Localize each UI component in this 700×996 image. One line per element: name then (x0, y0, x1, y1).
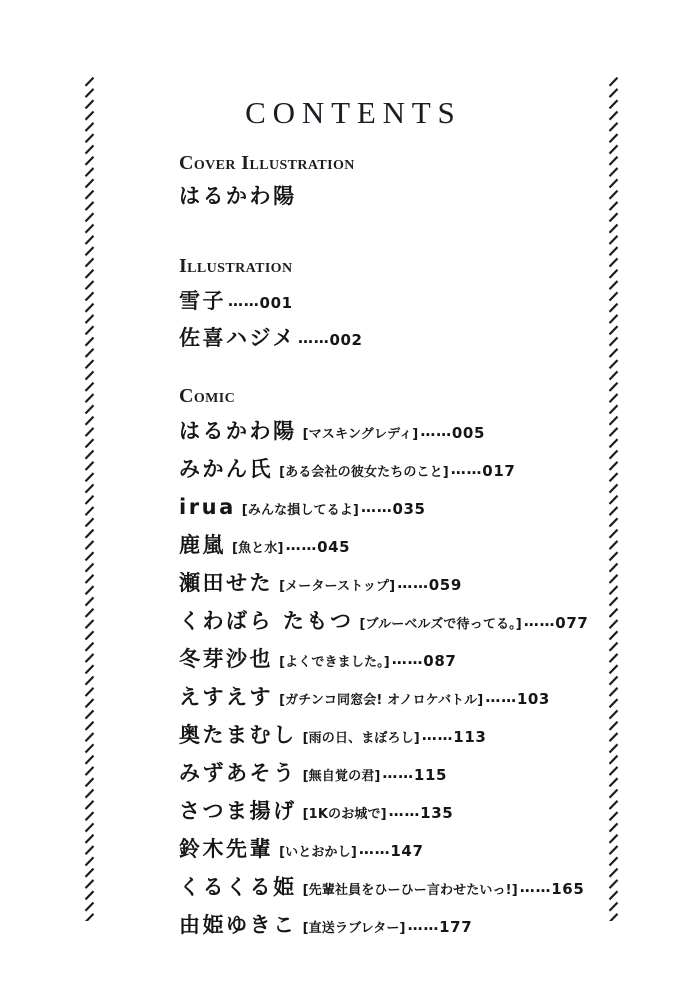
work-title: [みんな損してるよ] (242, 503, 359, 518)
artist-name: さつま揚げ (179, 799, 297, 823)
leader-dots: …… (298, 329, 330, 347)
artist-name: 鈴木先輩 (179, 837, 273, 861)
leader-dots: …… (408, 916, 440, 934)
comic-item: 鹿嵐[魚と水]……045 (179, 528, 610, 566)
artist-name: 奥たまむし (179, 723, 297, 747)
hatch-border-left-icon (83, 76, 97, 921)
work-title: [雨の日、まぼろし] (303, 731, 420, 746)
artist-name: irua (179, 495, 236, 519)
section-cover-illustration: Cover Illustration はるかわ陽 (179, 151, 610, 211)
artist-name: 鹿嵐 (179, 533, 226, 557)
cover-artist-row: はるかわ陽 (179, 183, 610, 211)
page-number: 165 (551, 880, 584, 898)
comic-item: えすえす[ガチンコ同窓会! オノロケバトル]……103 (179, 680, 610, 718)
comic-item: さつま揚げ[1Kのお城で]……135 (179, 794, 610, 832)
comic-item: 奥たまむし[雨の日、まぼろし]……113 (179, 718, 610, 756)
page-number: 147 (390, 842, 423, 860)
artist-name: くわばら たもつ (179, 609, 353, 633)
work-title: [直送ラブレター] (303, 921, 406, 936)
page-number: 035 (392, 500, 425, 518)
comic-item: くるくる姫[先輩社員をひーひー言わせたいっ!]……165 (179, 870, 610, 908)
page-title: CONTENTS (0, 0, 700, 129)
cover-artist-name: はるかわ陽 (179, 184, 297, 208)
page-number: 005 (452, 424, 485, 442)
leader-dots: …… (382, 764, 414, 782)
page-number: 087 (423, 652, 456, 670)
hatch-border-right-icon (607, 76, 621, 921)
work-title: [ある会社の彼女たちのこと] (279, 465, 449, 480)
illustration-item: 佐喜ハジメ……002 (179, 321, 610, 358)
leader-dots: …… (286, 536, 318, 554)
section-comic: Comic はるかわ陽[マスキングレディ]……005 みかん氏[ある会社の彼女た… (179, 384, 610, 946)
comic-item: みずあそう[無自覚の君]……115 (179, 756, 610, 794)
comic-heading: Comic (179, 384, 610, 408)
page-number: 177 (439, 918, 472, 936)
page-number: 059 (429, 576, 462, 594)
artist-name: 雪子 (179, 289, 226, 313)
leader-dots: …… (392, 650, 424, 668)
work-title: [よくできました。] (279, 655, 390, 670)
comic-item: みかん氏[ある会社の彼女たちのこと]……017 (179, 452, 610, 490)
work-title: [無自覚の君] (303, 769, 381, 784)
section-illustration: Illustration 雪子……001 佐喜ハジメ……002 (179, 254, 610, 358)
comic-item: はるかわ陽[マスキングレディ]……005 (179, 414, 610, 452)
work-title: [マスキングレディ] (303, 427, 419, 442)
toc-page: CONTENTS Cover Illustration はるかわ陽 Illust… (0, 0, 700, 946)
page-number: 115 (414, 766, 447, 784)
page-number: 045 (317, 538, 350, 556)
work-title: [ブルーベルズで待ってる。] (359, 617, 521, 632)
work-title: [1Kのお城で] (303, 807, 387, 822)
leader-dots: …… (361, 498, 393, 516)
artist-name: えすえす (179, 685, 273, 709)
comic-item: 瀬田せた[メーターストップ]……059 (179, 566, 610, 604)
work-title: [先輩社員をひーひー言わせたいっ!] (303, 883, 518, 898)
comic-item: 鈴木先輩[いとおかし]……147 (179, 832, 610, 870)
artist-name: はるかわ陽 (179, 419, 297, 443)
artist-name: 瀬田せた (179, 571, 273, 595)
page-number: 001 (260, 294, 293, 312)
artist-name: みずあそう (179, 761, 297, 785)
artist-name: くるくる姫 (179, 875, 297, 899)
leader-dots: …… (420, 422, 452, 440)
page-number: 002 (329, 331, 362, 349)
illustration-heading: Illustration (179, 254, 610, 278)
page-number: 135 (420, 804, 453, 822)
leader-dots: …… (520, 878, 552, 896)
leader-dots: …… (397, 574, 429, 592)
comic-item: 由姫ゆきこ[直送ラブレター]……177 (179, 908, 610, 946)
comic-item: 冬芽沙也[よくできました。]……087 (179, 642, 610, 680)
leader-dots: …… (389, 802, 421, 820)
page-number: 017 (482, 462, 515, 480)
work-title: [魚と水] (232, 541, 284, 556)
artist-name: みかん氏 (179, 457, 273, 481)
leader-dots: …… (228, 292, 260, 310)
page-number: 113 (453, 728, 486, 746)
artist-name: 佐喜ハジメ (179, 326, 296, 350)
comic-list: はるかわ陽[マスキングレディ]……005 みかん氏[ある会社の彼女たちのこと]…… (179, 414, 610, 946)
work-title: [メーターストップ] (279, 579, 395, 594)
leader-dots: …… (422, 726, 454, 744)
work-title: [いとおかし] (279, 845, 357, 860)
toc-content: Cover Illustration はるかわ陽 Illustration 雪子… (179, 151, 610, 946)
work-title: [ガチンコ同窓会! オノロケバトル] (279, 693, 483, 708)
leader-dots: …… (451, 460, 483, 478)
illustration-item: 雪子……001 (179, 284, 610, 321)
leader-dots: …… (485, 688, 517, 706)
comic-item: くわばら たもつ[ブルーベルズで待ってる。]……077 (179, 604, 610, 642)
leader-dots: …… (524, 612, 556, 630)
artist-name: 冬芽沙也 (179, 647, 273, 671)
comic-item: irua[みんな損してるよ]……035 (179, 490, 610, 528)
illustration-list: 雪子……001 佐喜ハジメ……002 (179, 284, 610, 358)
page-number: 103 (517, 690, 550, 708)
artist-name: 由姫ゆきこ (179, 913, 297, 937)
leader-dots: …… (359, 840, 391, 858)
page-number: 077 (555, 614, 588, 632)
cover-illustration-heading: Cover Illustration (179, 151, 610, 175)
